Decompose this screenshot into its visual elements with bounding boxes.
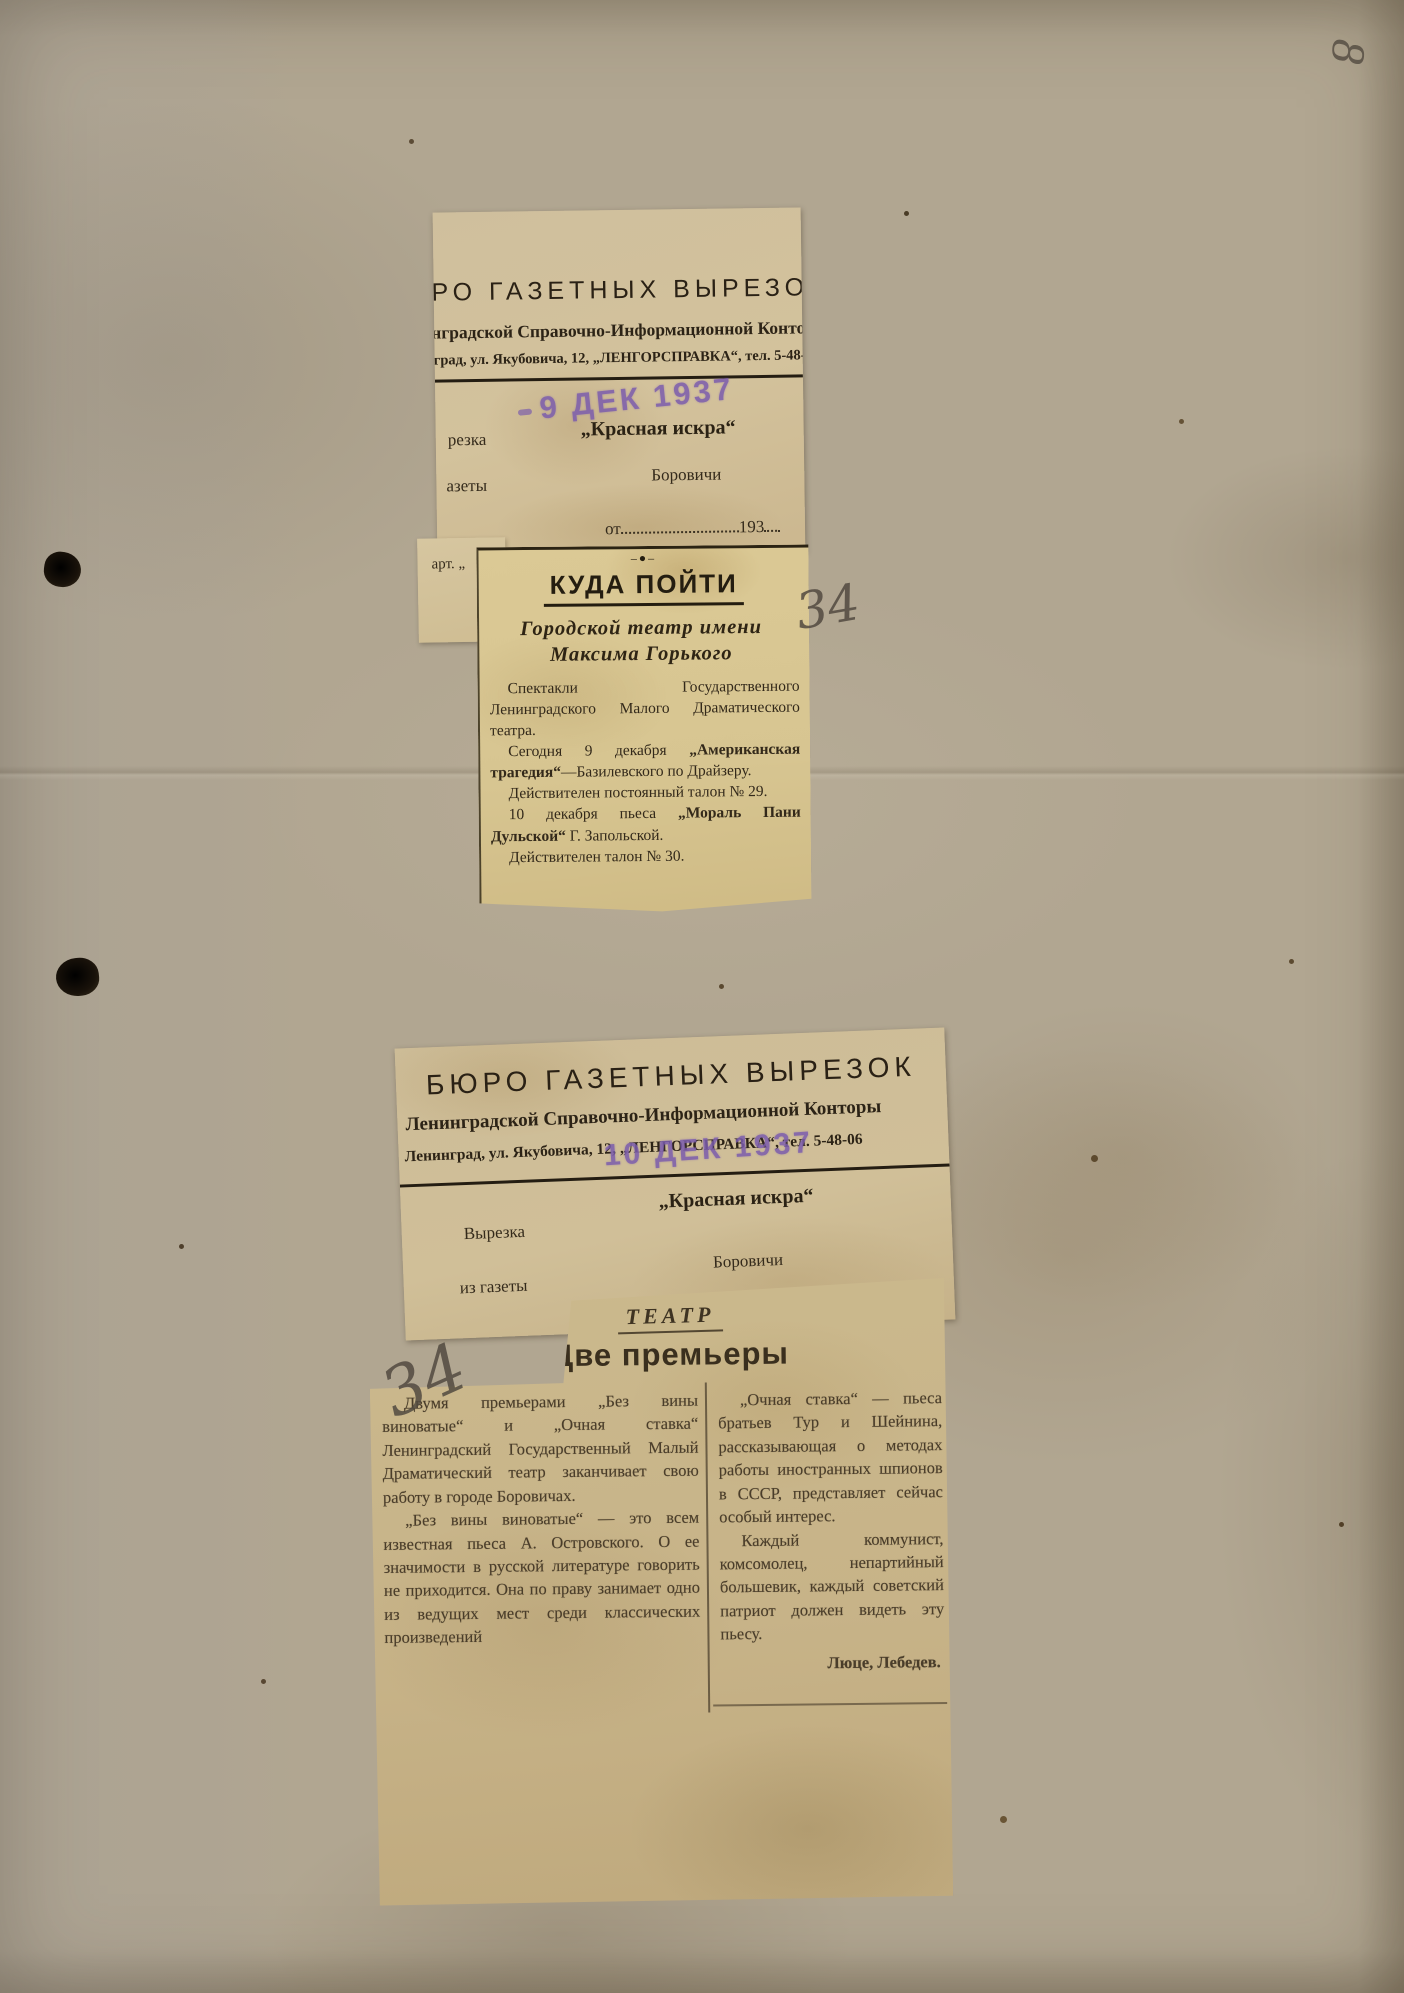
text-run: Г. Запольской. xyxy=(566,826,664,844)
text-run: —Базилевского по Драйзеру. xyxy=(561,762,752,781)
bureau-title: БЮРО ГАЗЕТНЫХ ВЫРЕЗОК xyxy=(433,273,806,308)
newspaper-name: „Красная искра“ xyxy=(580,416,735,441)
column-divider xyxy=(705,1383,710,1713)
date-stamp-text: 10 ДЕК 1937 xyxy=(603,1126,814,1172)
paragraph: Действителен талон № 30. xyxy=(491,844,801,868)
bureau-title: БЮРО ГАЗЕТНЫХ ВЫРЕЗОК xyxy=(425,1051,916,1102)
bureau-slip-1: БЮРО ГАЗЕТНЫХ ВЫРЕЗОК Ленинградской Спра… xyxy=(433,207,806,557)
venue-line-2: Максима Горького xyxy=(479,642,803,668)
bureau-subtitle: Ленинградской Справочно-Информационной К… xyxy=(433,317,806,344)
article-end-rule xyxy=(713,1702,947,1706)
paragraph: Каждый коммунист, комсомолец, непартийны… xyxy=(719,1527,944,1646)
ornament-divider: –●– xyxy=(478,550,808,568)
dotted-leader xyxy=(621,516,739,534)
paragraph: „Без вины виноватые“ — это всем известна… xyxy=(383,1506,700,1650)
field-newspaper-label: азеты xyxy=(446,476,487,497)
article-clipping-where-to-go: –●– КУДА ПОЙТИ Городской театр имени Мак… xyxy=(476,545,811,915)
handwritten-note-34: 34 xyxy=(791,573,864,641)
date-year: 193 xyxy=(739,517,765,536)
field-clipping-label: Вырезка xyxy=(463,1222,525,1244)
paragraph: Сегодня 9 декабря „Американская трагедия… xyxy=(490,739,800,784)
article2-title: Две премьеры xyxy=(551,1336,789,1374)
date-stamp: 10 ДЕК 1937 xyxy=(603,1126,814,1173)
paragraph: 10 декабря пьеса „Мораль Пани Дульской“ … xyxy=(491,802,801,847)
paper-specks xyxy=(0,0,3,3)
text-run: Сегодня 9 декабря xyxy=(508,742,689,761)
article-signature: Люце, Лебедев. xyxy=(721,1650,945,1676)
article1-title: КУДА ПОЙТИ xyxy=(544,568,744,607)
newspaper-city: Боровичи xyxy=(713,1250,784,1273)
paragraph: „Очная ставка“ — пьеса братьев Тур и Шей… xyxy=(718,1386,943,1529)
stamp-mark xyxy=(518,408,533,415)
article1-body: Спектакли Государственного Ленинградског… xyxy=(490,676,802,868)
dotted-leader xyxy=(764,516,780,532)
text-run: 10 декабря пьеса xyxy=(509,805,678,823)
margin-fragment-text: арт. „ xyxy=(431,556,465,574)
newspaper-city: Боровичи xyxy=(651,465,721,486)
article2-right-column: „Очная ставка“ — пьеса братьев Тур и Шей… xyxy=(718,1386,945,1675)
page-fold-strip xyxy=(0,0,300,1993)
handwritten-page-number: 8 xyxy=(1319,37,1376,67)
date-line: от193 xyxy=(605,516,780,539)
field-newspaper-label: из газеты xyxy=(459,1276,527,1299)
date-prefix: от xyxy=(605,519,621,538)
scrapbook-page: 8 БЮРО ГАЗЕТНЫХ ВЫРЕЗОК Ленинградской Сп… xyxy=(0,0,1404,1993)
bureau-address: Ленинград, ул. Якубовича, 12, „ЛЕНГОРСПР… xyxy=(433,347,806,370)
section-label-theatre: ТЕАТР xyxy=(617,1301,723,1334)
newspaper-name: „Красная искра“ xyxy=(658,1185,814,1214)
paragraph: Действителен постоянный талон № 29. xyxy=(490,781,800,805)
slip-rule xyxy=(435,374,803,382)
article2-left-column: Двумя премьерами „Без вины виноватые“ и … xyxy=(382,1389,701,1650)
field-clipping-label: резка xyxy=(448,430,487,451)
venue-line-1: Городской театр имени xyxy=(479,616,803,642)
paragraph: Спектакли Государственного Ленинградског… xyxy=(490,676,801,742)
